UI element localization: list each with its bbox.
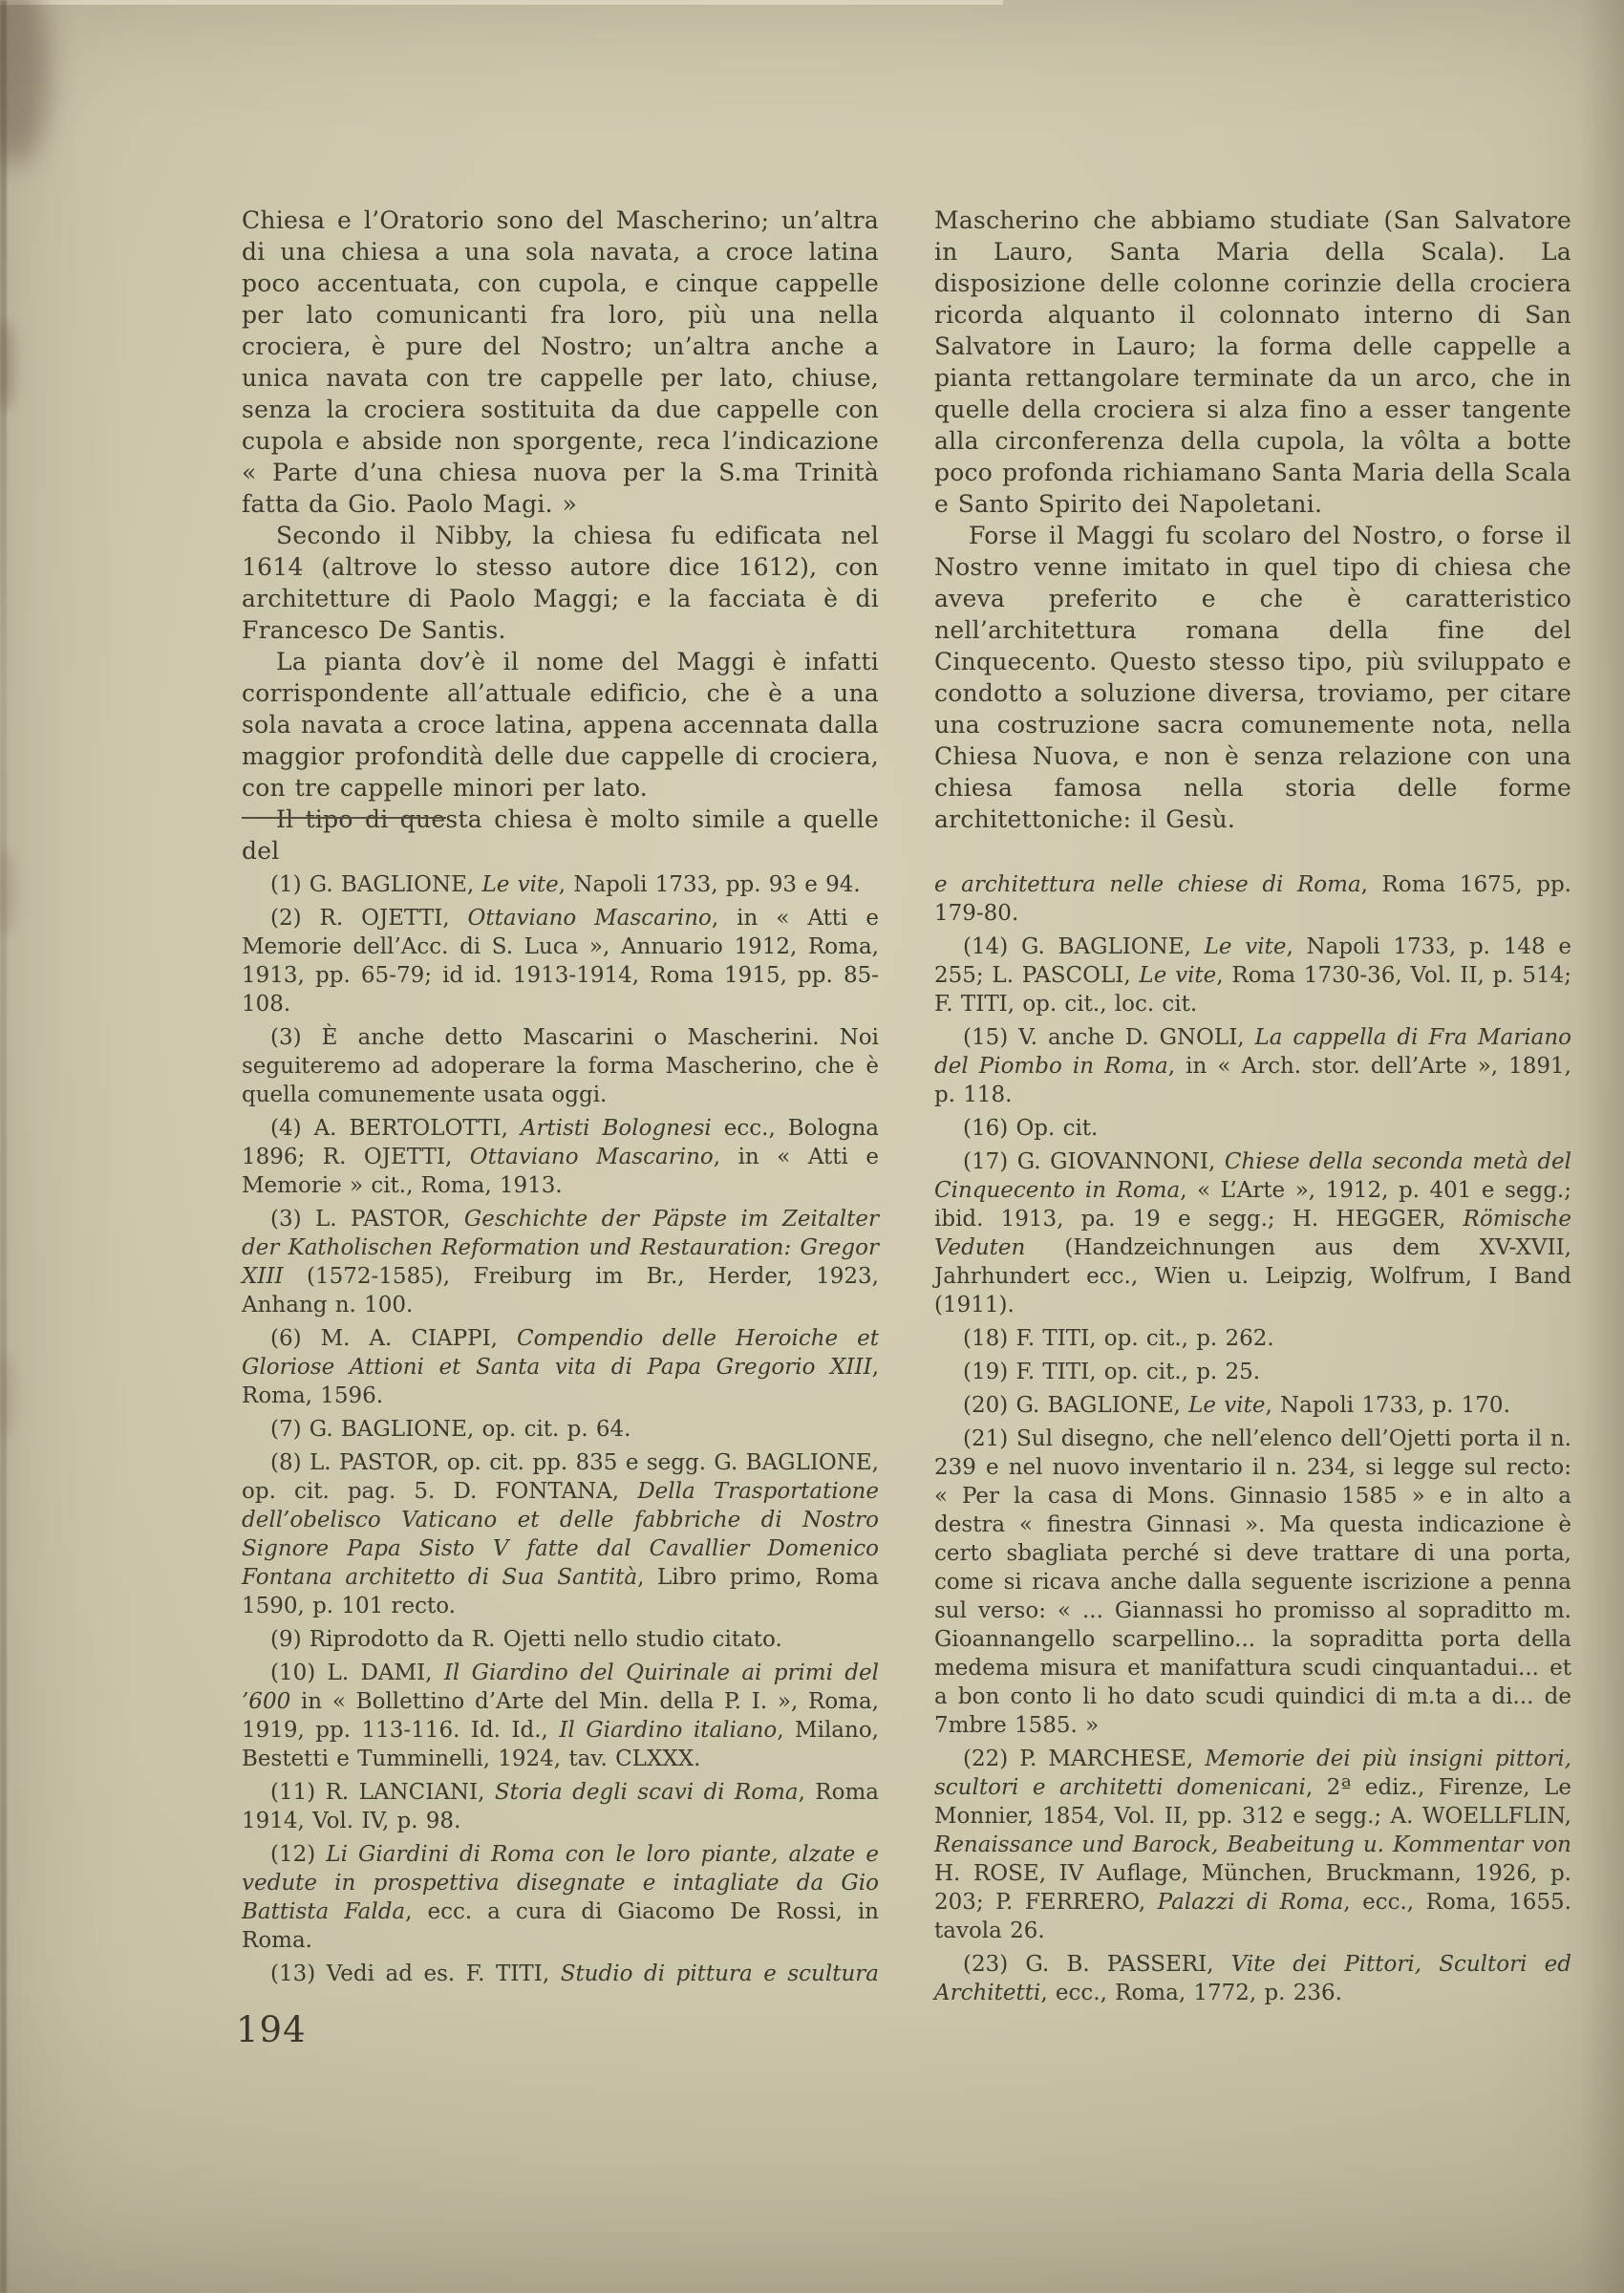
footnote-item: (3) È anche detto Mascarini o Mascherini… [242, 1023, 879, 1109]
main-text-right-column: Mascherino che abbiamo studiate (San Sal… [934, 204, 1571, 835]
scan-right-edge-shadow [1580, 0, 1624, 2293]
footnote-item: (8) L. PASTOR, op. cit. pp. 835 e segg. … [242, 1448, 879, 1620]
footnote-item: (15) V. anche D. GNOLI, La cappella di F… [934, 1023, 1571, 1109]
paragraph: Il tipo di questa chiesa è molto simile … [242, 804, 879, 867]
footnote-item: (20) G. BAGLIONE, Le vite, Napoli 1733, … [934, 1391, 1571, 1420]
paragraph: Forse il Maggi fu scolaro del Nostro, o … [934, 520, 1571, 835]
footnote-item: (16) Op. cit. [934, 1114, 1571, 1143]
footnote-item: (7) G. BAGLIONE, op. cit. p. 64. [242, 1415, 879, 1444]
paragraph: Chiesa e l’Oratorio sono del Mascherino;… [242, 204, 879, 520]
footnotes-right-column: e architettura nelle chiese di Roma, Rom… [934, 870, 1571, 2007]
paragraph: Mascherino che abbiamo studiate (San Sal… [934, 204, 1571, 520]
footnote-item: (1) G. BAGLIONE, Le vite, Napoli 1733, p… [242, 870, 879, 899]
footnote-item: (17) G. GIOVANNONI, Chiese della seconda… [934, 1147, 1571, 1319]
main-text-left-column: Chiesa e l’Oratorio sono del Mascherino;… [242, 204, 879, 867]
footnote-item: (23) G. B. PASSERI, Vite dei Pittori, Sc… [934, 1950, 1571, 2007]
footnote-item: (2) R. OJETTI, Ottaviano Mascarino, in «… [242, 904, 879, 1018]
footnote-item: e architettura nelle chiese di Roma, Rom… [934, 870, 1571, 928]
page-number: 194 [236, 2012, 307, 2047]
footnote-item: (12) Li Giardini di Roma con le loro pia… [242, 1840, 879, 1955]
footnote-item: (10) L. DAMI, Il Giardino del Quirinale … [242, 1659, 879, 1773]
paragraph: Secondo il Nibby, la chiesa fu edificata… [242, 520, 879, 646]
footnote-item: (19) F. TITI, op. cit., p. 25. [934, 1358, 1571, 1386]
scan-left-edge-shadow [0, 0, 7, 2293]
footnote-item: (13) Vedi ad es. F. TITI, Studio di pitt… [242, 1960, 879, 1988]
footnote-item: (22) P. MARCHESE, Memorie dei più insign… [934, 1745, 1571, 1945]
book-page-scan: Chiesa e l’Oratorio sono del Mascherino;… [0, 0, 1624, 2293]
footnotes-left-column: (1) G. BAGLIONE, Le vite, Napoli 1733, p… [242, 870, 879, 1988]
footnote-item: (4) A. BERTOLOTTI, Artisti Bolognesi ecc… [242, 1114, 879, 1200]
footnote-item: (18) F. TITI, op. cit., p. 262. [934, 1324, 1571, 1353]
footnote-item: (9) Riprodotto da R. Ojetti nello studio… [242, 1625, 879, 1654]
footnote-item: (6) M. A. CIAPPI, Compendio delle Heroic… [242, 1324, 879, 1410]
footnote-item: (11) R. LANCIANI, Storia degli scavi di … [242, 1778, 879, 1835]
footnote-item: (14) G. BAGLIONE, Le vite, Napoli 1733, … [934, 932, 1571, 1018]
footnote-separator-rule [242, 817, 446, 819]
paragraph: La pianta dov’è il nome del Maggi è infa… [242, 646, 879, 804]
scan-top-edge-highlight [0, 0, 1003, 5]
scan-corner-smudge [0, 0, 50, 166]
footnote-item: (21) Sul disegno, che nell’elenco dell’O… [934, 1425, 1571, 1740]
footnote-item: (3) L. PASTOR, Geschichte der Päpste im … [242, 1205, 879, 1319]
